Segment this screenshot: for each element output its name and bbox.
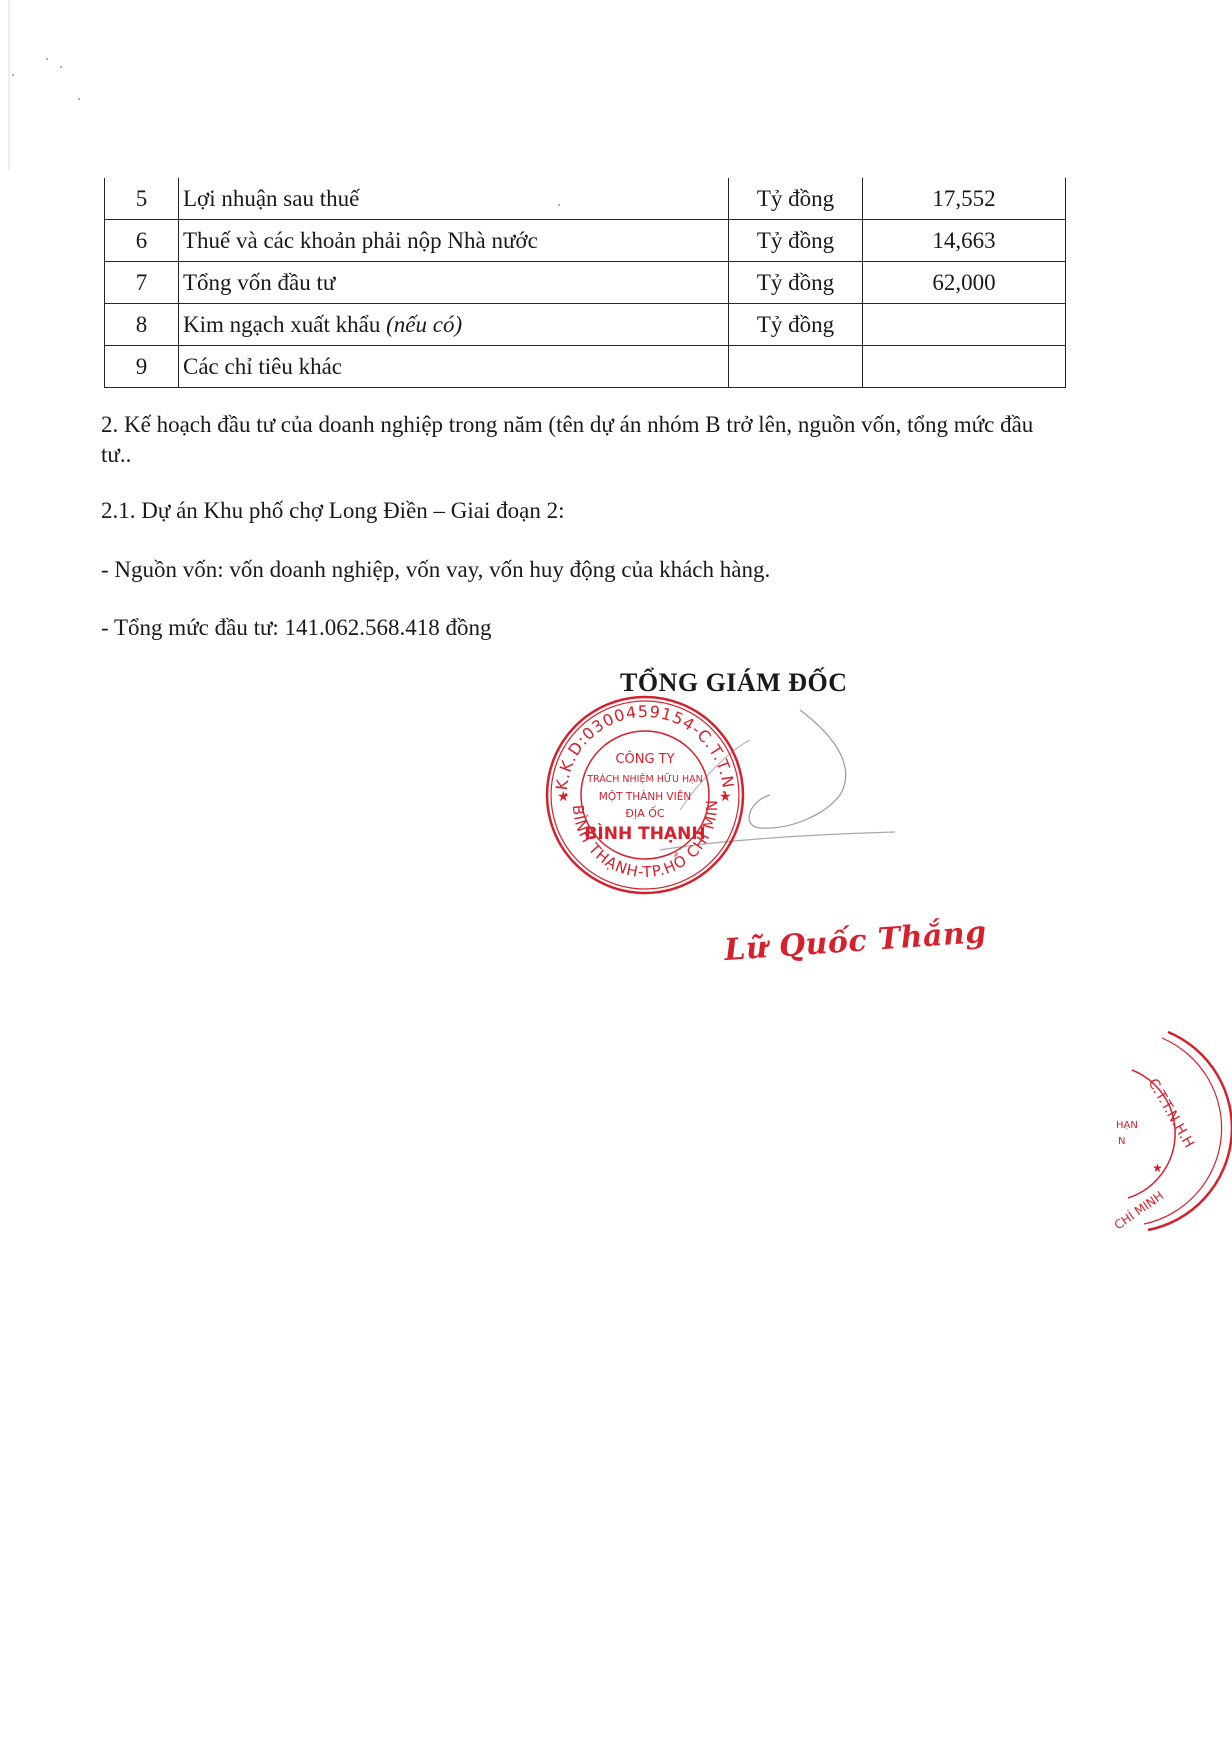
svg-text:BÌNH THẠNH: BÌNH THẠNH bbox=[584, 822, 705, 844]
total-investment: - Tổng mức đầu tư: 141.062.568.418 đồng bbox=[101, 613, 492, 643]
value bbox=[863, 304, 1066, 346]
value: 14,663 bbox=[863, 220, 1066, 262]
svg-text:C.T.T.N.H.H: C.T.T.N.H.H bbox=[1145, 1076, 1197, 1151]
indicator-name: Các chỉ tiêu khác bbox=[179, 346, 729, 388]
scan-speck bbox=[12, 74, 14, 76]
value: 17,552 bbox=[863, 178, 1066, 220]
unit: Tỷ đồng bbox=[729, 304, 863, 346]
table-row: 5Lợi nhuận sau thuếTỷ đồng17,552 bbox=[105, 178, 1066, 220]
table-row: 9Các chỉ tiêu khác bbox=[105, 346, 1066, 388]
indicator-label: Tổng vốn đầu tư bbox=[183, 270, 335, 295]
unit: Tỷ đồng bbox=[729, 220, 863, 262]
company-seal: S.Đ.K.K.D:0300459154-C.T.T.N.H.H Q.BÌNH … bbox=[543, 693, 747, 897]
unit: Tỷ đồng bbox=[729, 178, 863, 220]
indicator-label: Các chỉ tiêu khác bbox=[183, 354, 342, 379]
indicator-note: (nếu có) bbox=[386, 312, 462, 337]
scan-speck bbox=[60, 66, 62, 68]
unit bbox=[729, 346, 863, 388]
row-number: 8 bbox=[105, 304, 179, 346]
row-number: 5 bbox=[105, 178, 179, 220]
indicator-label: Thuế và các khoản phải nộp Nhà nước bbox=[183, 228, 538, 253]
indicator-name: Thuế và các khoản phải nộp Nhà nước bbox=[179, 220, 729, 262]
indicator-name: Tổng vốn đầu tư bbox=[179, 262, 729, 304]
svg-text:★: ★ bbox=[1152, 1161, 1163, 1175]
svg-text:HẠN: HẠN bbox=[1116, 1120, 1138, 1131]
unit: Tỷ đồng bbox=[729, 262, 863, 304]
svg-text:★: ★ bbox=[719, 789, 732, 805]
table-row: 6Thuế và các khoản phải nộp Nhà nướcTỷ đ… bbox=[105, 220, 1066, 262]
svg-text:CÔNG TY: CÔNG TY bbox=[615, 751, 674, 767]
funding-source: - Nguồn vốn: vốn doanh nghiệp, vốn vay, … bbox=[101, 555, 770, 585]
scan-edge bbox=[8, 0, 10, 170]
value bbox=[863, 346, 1066, 388]
svg-text:N: N bbox=[1118, 1136, 1125, 1147]
indicator-name: Lợi nhuận sau thuế bbox=[179, 178, 729, 220]
page-edge-seal: C.T.T.N.H.H ★ CHÍ MINH HẠN N bbox=[1050, 1020, 1232, 1240]
svg-text:TRÁCH NHIỆM HỮU HẠN: TRÁCH NHIỆM HỮU HẠN bbox=[586, 773, 702, 785]
scan-speck bbox=[78, 98, 80, 100]
investment-plan-heading: 2. Kế hoạch đầu tư của doanh nghiệp tron… bbox=[101, 410, 1061, 470]
indicator-name: Kim ngạch xuất khẩu (nếu có) bbox=[179, 304, 729, 346]
table-row: 7Tổng vốn đầu tưTỷ đồng62,000 bbox=[105, 262, 1066, 304]
svg-text:MỘT THÀNH VIÊN: MỘT THÀNH VIÊN bbox=[599, 790, 691, 803]
svg-text:ĐỊA ỐC: ĐỊA ỐC bbox=[625, 806, 664, 820]
row-number: 7 bbox=[105, 262, 179, 304]
value: 62,000 bbox=[863, 262, 1066, 304]
project-title: 2.1. Dự án Khu phố chợ Long Điền – Giai … bbox=[101, 496, 564, 526]
indicator-label: Lợi nhuận sau thuế bbox=[183, 186, 359, 211]
table-row: 8Kim ngạch xuất khẩu (nếu có)Tỷ đồng bbox=[105, 304, 1066, 346]
signer-name: Lữ Quốc Thắng bbox=[723, 915, 988, 968]
row-number: 9 bbox=[105, 346, 179, 388]
indicator-label: Kim ngạch xuất khẩu bbox=[183, 312, 386, 337]
document-page: 5Lợi nhuận sau thuếTỷ đồng17,5526Thuế và… bbox=[0, 0, 1232, 1753]
svg-text:★: ★ bbox=[557, 789, 570, 805]
indicator-table: 5Lợi nhuận sau thuếTỷ đồng17,5526Thuế và… bbox=[104, 178, 1066, 388]
row-number: 6 bbox=[105, 220, 179, 262]
scan-speck bbox=[46, 58, 48, 60]
